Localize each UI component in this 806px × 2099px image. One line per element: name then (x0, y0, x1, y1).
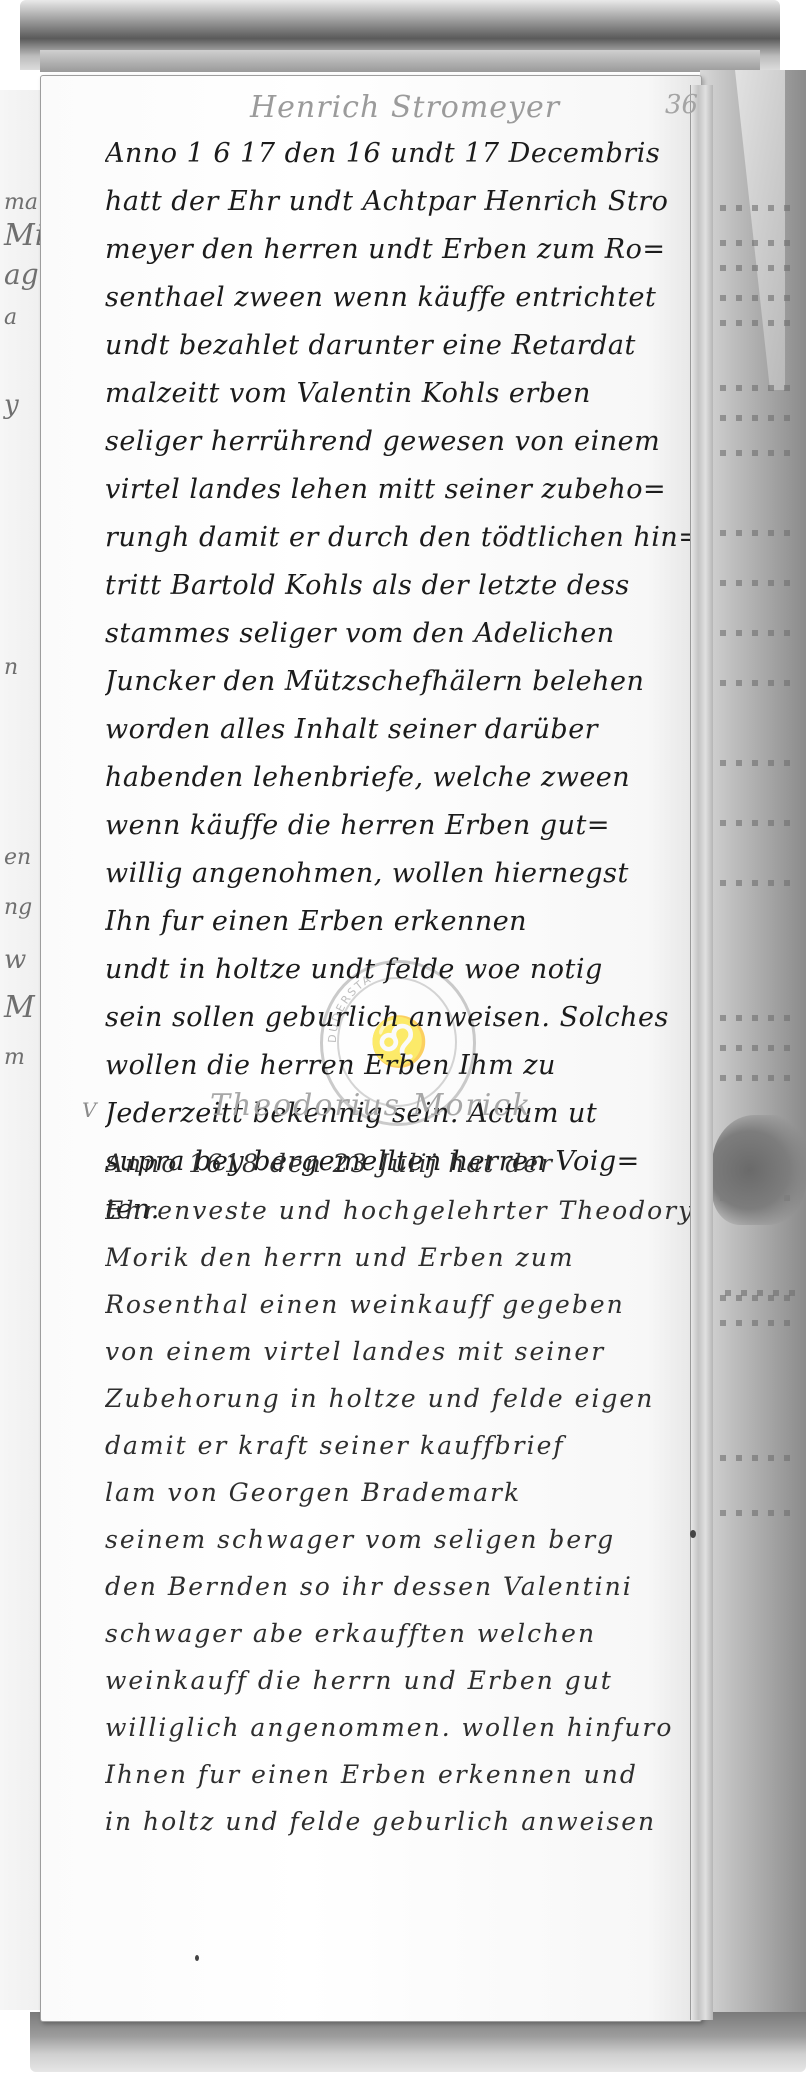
entry-line: seinem schwager vom seligen berg (105, 1516, 690, 1563)
bleed-through-text (720, 760, 790, 766)
entry-line: lam von Georgen Brademark (105, 1469, 690, 1516)
left-margin-fragment: en (4, 845, 31, 870)
bleed-through-text (720, 1075, 790, 1081)
entry-line: Ihnen fur einen Erben erkennen und (105, 1751, 690, 1798)
entry-line: malzeitt vom Valentin Kohls erben (105, 370, 690, 418)
entry-line: tritt Bartold Kohls als der letzte dess (105, 562, 690, 610)
entry-line: undt bezahlet darunter eine Retardat (105, 322, 690, 370)
ink-speck (195, 1955, 199, 1961)
entry-line: virtel landes lehen mitt seiner zubeho= (105, 466, 690, 514)
entry-line: wenn käuffe die herren Erben gut= (105, 802, 690, 850)
entry-line: stammes seliger vom den Adelichen (105, 610, 690, 658)
bleed-through-text (720, 880, 790, 886)
entry-line: habenden lehenbriefe, welche zween (105, 754, 690, 802)
left-margin-fragment: y (4, 390, 19, 420)
bleed-through-text (720, 240, 790, 246)
entry-line: Zubehorung in holtze und felde eigen (105, 1375, 690, 1422)
bleed-through-text (720, 295, 790, 301)
entry-line: williglich angenommen. wollen hinfuro (105, 1704, 690, 1751)
entry-line: willig angenohmen, wollen hiernegst (105, 850, 690, 898)
bleed-through-text (720, 415, 790, 421)
folio-number: 36 (665, 90, 698, 120)
bleed-through-text (720, 530, 790, 536)
entry-line: sein sollen geburlich anweisen. Solches (105, 994, 690, 1042)
bleed-through-text (720, 680, 790, 686)
entry-line: Anno 1618 den 23 Julij hat der (105, 1140, 690, 1187)
margin-mark: V (82, 1098, 96, 1122)
bleed-through-text (720, 820, 790, 826)
bleed-through-text (720, 1510, 790, 1516)
entry-line: Ehrenveste und hochgelehrter Theodory (105, 1187, 690, 1234)
entry-line: schwager abe erkaufften welchen (105, 1610, 690, 1657)
entry-line: Morik den herrn und Erben zum (105, 1234, 690, 1281)
entry-line: Juncker den Mützschefhälern belehen (105, 658, 690, 706)
left-margin-fragment: n (4, 655, 18, 680)
left-margin-fragment: m (4, 1045, 25, 1070)
entry-line: weinkauff die herrn und Erben gut (105, 1657, 690, 1704)
left-margin-fragment: M (4, 990, 35, 1025)
book-top-pages (40, 50, 760, 72)
left-margin-fragment: ng (4, 895, 32, 920)
bleed-through-text (725, 1290, 795, 1296)
left-margin-fragment: a (4, 305, 17, 330)
left-margin-fragment: ma (4, 190, 38, 215)
page-header-annotation: Henrich Stromeyer (250, 90, 560, 125)
entry-1618: Anno 1618 den 23 Julij hat der Ehrenvest… (105, 1140, 690, 1845)
bleed-through-text (720, 580, 790, 586)
left-margin-fragment: w (4, 945, 26, 975)
entry-line: wollen die herren Erben Ihm zu (105, 1042, 690, 1090)
entry-line: worden alles Inhalt seiner darüber (105, 706, 690, 754)
page-right-edge (690, 85, 713, 2020)
entry-line: Anno 1 6 17 den 16 undt 17 Decembris (105, 130, 690, 178)
entry-line: meyer den herren undt Erben zum Ro= (105, 226, 690, 274)
entry-line: rungh damit er durch den tödtlichen hin= (105, 514, 690, 562)
left-margin-fragment: ag (4, 258, 39, 291)
entry-line: den Bernden so ihr dessen Valentini (105, 1563, 690, 1610)
left-margin-fragment: Mi (4, 218, 44, 253)
entry-1617: Anno 1 6 17 den 16 undt 17 Decembris hat… (105, 130, 690, 1234)
entry-line: von einem virtel landes mit seiner (105, 1328, 690, 1375)
bleed-through-text (720, 385, 790, 391)
bleed-through-text (720, 265, 790, 271)
signature-annotation: Theodorius Morick (210, 1088, 532, 1123)
bleed-through-text (720, 205, 790, 211)
entry-line: Ihn fur einen Erben erkennen (105, 898, 690, 946)
bleed-through-text (720, 1455, 790, 1461)
bleed-through-text (720, 630, 790, 636)
entry-line: hatt der Ehr undt Achtpar Henrich Stro (105, 178, 690, 226)
entry-line: senthael zween wenn käuffe entrichtet (105, 274, 690, 322)
ink-speck (690, 1530, 696, 1538)
entry-line: in holtz und felde geburlich anweisen (105, 1798, 690, 1845)
water-stain (712, 1115, 806, 1225)
bleed-through-text (720, 1045, 790, 1051)
bleed-through-text (720, 320, 790, 326)
bleed-through-text (720, 1320, 790, 1326)
entry-line: undt in holtze undt felde woe notig (105, 946, 690, 994)
bleed-through-text (720, 1015, 790, 1021)
entry-line: seliger herrührend gewesen von einem (105, 418, 690, 466)
entry-line: damit er kraft seiner kauffbrief (105, 1422, 690, 1469)
entry-line: Rosenthal einen weinkauff gegeben (105, 1281, 690, 1328)
bleed-through-text (720, 450, 790, 456)
